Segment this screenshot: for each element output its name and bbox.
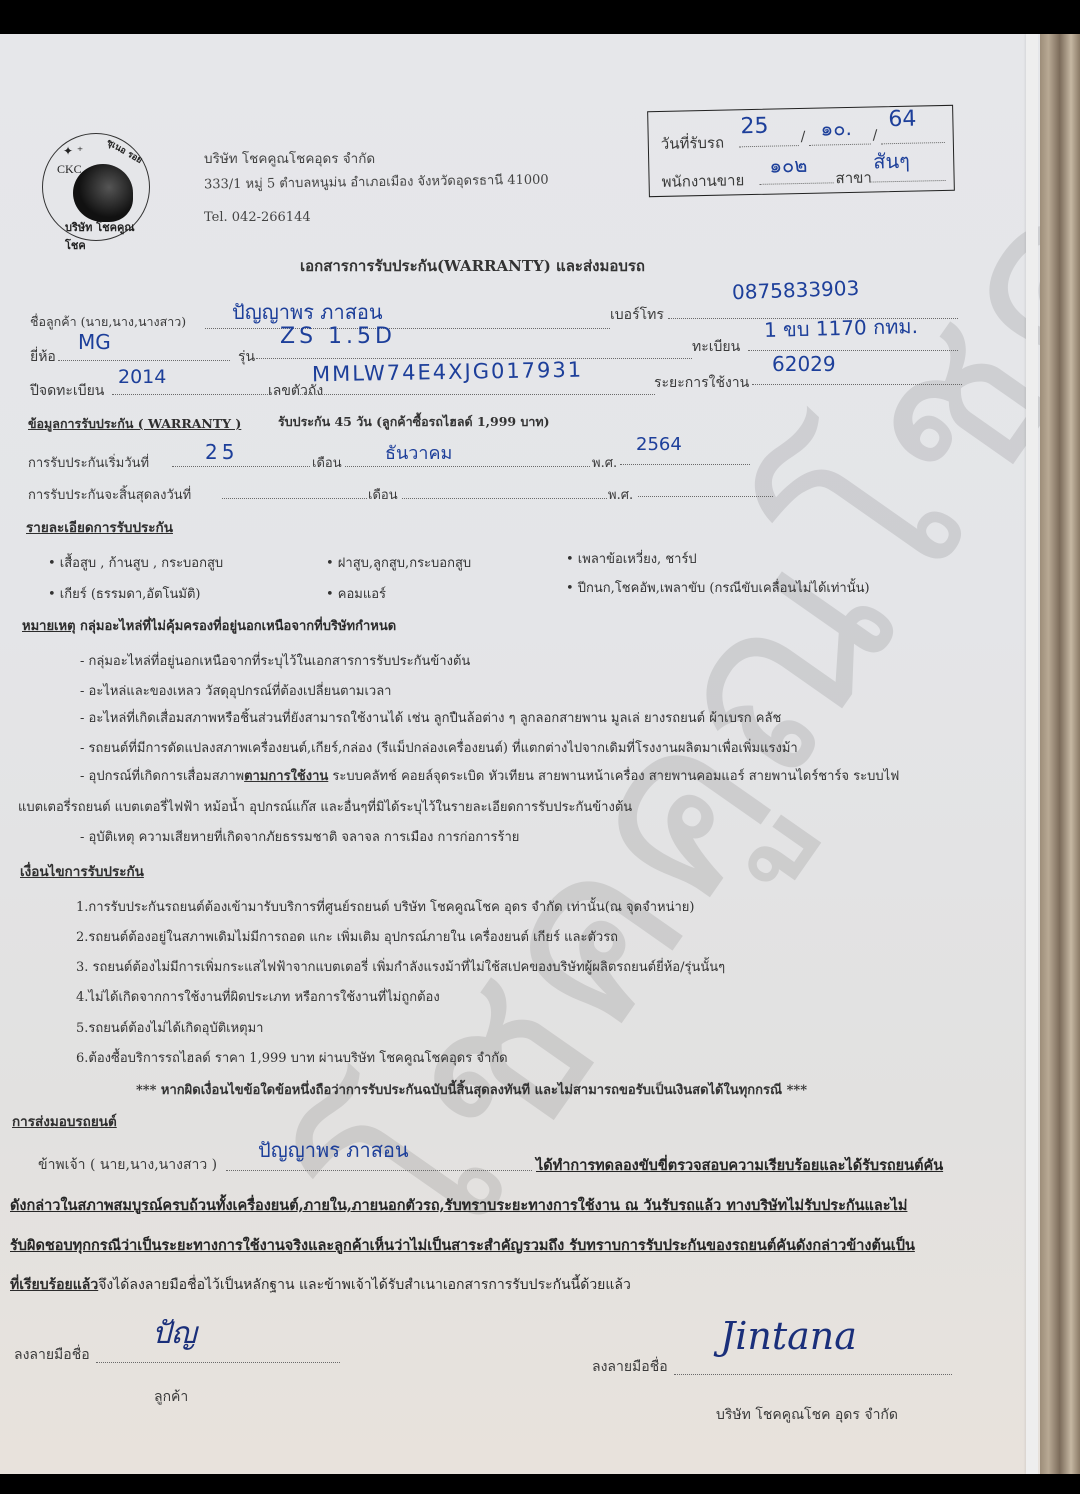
logo-ring-top: ซุเนอ รอย: [104, 135, 145, 167]
delivery-prefix: ข้าพเจ้า ( นาย,นาง,นางสาว ): [38, 1154, 217, 1176]
document-title: เอกสารการรับประกัน(WARRANTY) และส่งมอบรถ: [300, 254, 645, 278]
receipt-box: วันที่รับรถ 25 / ๑๐. / 64 พนักงานขาย ๑๐๒…: [647, 105, 955, 197]
receipt-date-day: 25: [740, 114, 769, 140]
warranty-info-heading: ข้อมูลการรับประกัน ( WARRANTY ): [28, 414, 241, 434]
company-signature: Jintana: [720, 1314, 857, 1358]
delivery-line-4-rest: จึงได้ลงลายมือชื่อไว้เป็นหลักฐาน และข้าพ…: [98, 1277, 631, 1293]
bottom-bar: [0, 1474, 1080, 1494]
customer-name-label: ชื่อลูกค้า (นาย,นาง,นางสาว): [30, 312, 186, 332]
delivery-line-1: ได้ทำการทดลองขับขี่ตรวจสอบความเรียบร้อยแ…: [536, 1154, 943, 1177]
coverage-item: • ปีกนก,โชคอัพ,เพลาขับ (กรณีขับเคลื่อนไม…: [566, 577, 870, 598]
receipt-date-month: ๑๐.: [820, 112, 852, 145]
exclusion-item-prefix: - อุปกรณ์ที่เกิดการเสื่อมสภาพ: [80, 769, 244, 784]
conditions-heading: เงื่อนไขการรับประกัน: [20, 860, 144, 882]
logo-ring-bottom: บริษัท โชคคูณโชค: [65, 218, 149, 254]
background-surface: [1035, 34, 1080, 1474]
exclusion-item: - อุปกรณ์ที่เกิดการเสื่อมสภาพตามการใช้งา…: [80, 765, 899, 786]
coverage-heading: รายละเอียดการรับประกัน: [26, 516, 173, 538]
salesperson-label: พนักงานขาย: [661, 168, 744, 194]
brand-label: ยี่ห้อ: [30, 346, 56, 368]
company-tel: Tel. 042-266144: [204, 210, 311, 225]
warranty-start-month: ธันวาคม: [385, 438, 452, 467]
mileage-value: 62029: [772, 352, 836, 376]
year-label-end: พ.ศ.: [608, 484, 633, 505]
coverage-item: • คอมแอร์: [326, 583, 386, 604]
stars-icon: ✦ ⁺: [63, 144, 83, 158]
branch-value: สันๆ: [873, 145, 910, 178]
mileage-label: ระยะการใช้งาน: [654, 372, 749, 394]
warranty-start-label: การรับประกันเริ่มวันที่: [28, 452, 149, 473]
company-logo: ✦ ⁺ CKC ซุเนอ รอย บริษัท โชคคูณโชค: [42, 133, 150, 241]
company-sign-label: ลงลายมือชื่อ: [592, 1356, 668, 1378]
exclusion-item: - อะไหล่ที่เกิดเสื่อมสภาพหรือชิ้นส่วนที่…: [80, 707, 781, 728]
coverage-item: • เพลาข้อเหวี่ยง, ชาร์ป: [566, 548, 697, 569]
customer-caption: ลูกค้า: [154, 1386, 188, 1408]
reg-year-value: 2014: [118, 366, 166, 388]
phone-label: เบอร์โทร: [610, 304, 664, 326]
delivery-name-value: ปัญญาพร ภาสอน: [258, 1134, 409, 1166]
model-label: รุ่น: [238, 346, 255, 368]
model-value: ZS 1.5D: [280, 324, 396, 349]
exclusion-item: - อะไหล่และของเหลว วัสดุอุปกรณ์ที่ต้องเป…: [80, 680, 391, 701]
condition-item: 4.ไม่ได้เกิดจากการใช้งานที่ผิดประเภท หรื…: [76, 986, 440, 1007]
condition-item: 5.รถยนต์ต้องไม่ได้เกิดอุบัติเหตุมา: [76, 1017, 263, 1038]
coverage-item: • เกียร์ (ธรรมดา,อัตโนมัติ): [48, 583, 200, 604]
pegasus-icon: [73, 164, 133, 222]
warranty-start-year: 2564: [636, 434, 682, 455]
coverage-item: • เสื้อสูบ , ก้านสูบ , กระบอกสูบ: [48, 552, 223, 573]
exclusion-item: - รถยนต์ที่มีการดัดแปลงสภาพเครื่องยนต์,เ…: [80, 737, 798, 758]
warranty-document: โชคคูณโชค ✦ ⁺ CKC ซุเนอ รอย บริษัท โชคคู…: [0, 34, 1040, 1474]
company-caption: บริษัท โชคคูณโชค อุดร จำกัด: [716, 1404, 898, 1426]
exclusion-item: - กลุ่มอะไหล่ที่อยู่นอกเหนือจากที่ระบุไว…: [80, 650, 470, 671]
exclusions-heading: กลุ่มอะไหล่ที่ไม่คุ้มครองที่อยู่นอกเหนือ…: [80, 619, 396, 634]
note-label: หมายเหตุ: [22, 619, 76, 634]
reg-year-label: ปีจดทะเบียน: [30, 380, 104, 402]
exclusion-item: - อุบัติเหตุ ความเสียหายที่เกิดจากภัยธรร…: [80, 826, 519, 847]
warranty-summary: รับประกัน 45 วัน (ลูกค้าซื้อรถไฮลด์ 1,99…: [278, 412, 550, 432]
warranty-start-day: 25: [205, 440, 238, 464]
warranty-end-label: การรับประกันจะสิ้นสุดลงวันที่: [28, 484, 191, 505]
delivery-line-4-underlined: ที่เรียบร้อยแล้ว: [10, 1277, 98, 1293]
receipt-date-label: วันที่รับรถ: [661, 131, 725, 156]
delivery-line-2: ดังกล่าวในสภาพสมบูรณ์ครบถ้วนทั้งเครื่องย…: [10, 1194, 907, 1217]
brand-value: MG: [78, 330, 111, 354]
company-name: บริษัท โชคคูณโชคอุดร จำกัด: [204, 147, 375, 169]
condition-item: 3. รถยนต์ต้องไม่มีการเพิ่มกระแสไฟฟ้าจากแ…: [76, 956, 725, 977]
customer-sign-label: ลงลายมือชื่อ: [14, 1344, 90, 1366]
condition-item: 1.การรับประกันรถยนต์ต้องเข้ามารับบริการท…: [76, 896, 694, 917]
paper-edge: [1026, 34, 1038, 1474]
phone-value: 0875833903: [732, 276, 860, 304]
branch-label: สาขา: [835, 166, 872, 191]
month-label: เดือน: [312, 452, 342, 473]
coverage-item: • ฝาสูบ,ลูกสูบ,กระบอกสูบ: [326, 552, 471, 573]
month-label-end: เดือน: [368, 484, 398, 505]
condition-item: 2.รถยนต์ต้องอยู่ในสภาพเดิมไม่มีการถอด แก…: [76, 926, 618, 947]
year-label: พ.ศ.: [592, 452, 617, 473]
customer-signature: ปัญ: [152, 1310, 197, 1357]
delivery-heading: การส่งมอบรถยนต์: [12, 1110, 117, 1132]
delivery-line-3: รับผิดชอบทุกกรณีว่าเป็นระยะทางการใช้งานจ…: [10, 1234, 915, 1257]
exclusion-item-rest: ระบบคลัทช์ คอยล์จุดระเบิด หัวเทียน สายพา…: [328, 769, 899, 784]
salesperson-value: ๑๐๒: [769, 149, 808, 182]
company-address: 333/1 หมู่ 5 ตำบลหนูม่น อำเภอเมือง จังหว…: [204, 169, 549, 195]
registration-value: 1 ขบ 1170 กทม.: [764, 310, 919, 346]
condition-item: 6.ต้องซื้อบริการรถไฮลด์ ราคา 1,999 บาท ผ…: [76, 1047, 508, 1068]
exclusion-item-underlined: ตามการใช้งาน: [244, 769, 328, 784]
exclusion-item-continued: แบตเตอรี่รถยนต์ แบตเตอรี่ไฟฟ้า หม้อน้ำ อ…: [18, 796, 632, 817]
conditions-footer: *** หากผิดเงื่อนไขข้อใดข้อหนึ่งถือว่าการ…: [136, 1079, 807, 1100]
delivery-line-4: ที่เรียบร้อยแล้วจึงได้ลงลายมือชื่อไว้เป็…: [10, 1274, 631, 1296]
receipt-date-year: 64: [888, 107, 917, 133]
chassis-value: MMLW74E4XJG017931: [312, 358, 584, 387]
registration-label: ทะเบียน: [692, 336, 740, 358]
exclusions-title: หมายเหตุ กลุ่มอะไหล่ที่ไม่คุ้มครองที่อยู…: [22, 615, 396, 636]
